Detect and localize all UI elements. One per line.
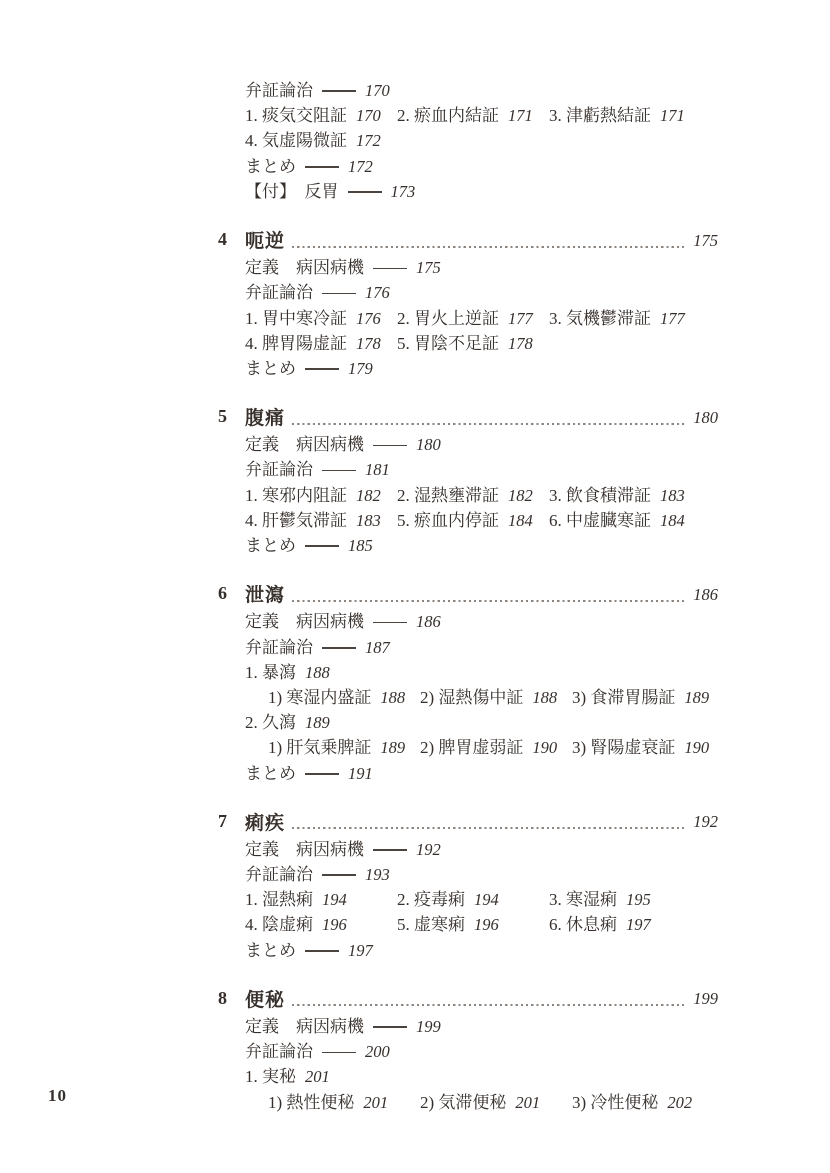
toc-row: 1. 胃中寒冷証1762. 胃火上逆証1773. 気機鬱滞証177 xyxy=(245,306,718,331)
toc-entry: 3. 寒湿痢195 xyxy=(549,887,701,912)
toc-entry: 1. 胃中寒冷証176 xyxy=(245,306,397,331)
dash-rule xyxy=(305,950,339,952)
toc-entry: 4. 陰虚痢196 xyxy=(245,912,397,937)
entry-label: 1. 湿熱痢 xyxy=(245,890,313,909)
section-page-number: 175 xyxy=(693,231,718,251)
toc-row: 弁証論治181 xyxy=(245,457,718,482)
row-label: 弁証論治 xyxy=(245,283,313,302)
row-label: 定義 病因病機 xyxy=(245,840,364,859)
row-page-number: 173 xyxy=(391,182,416,201)
entry-page-number: 195 xyxy=(626,890,651,909)
toc-entry: 5. 瘀血内停証184 xyxy=(397,508,549,533)
toc-row: 2. 久瀉189 xyxy=(245,710,718,735)
toc-row: まとめ191 xyxy=(245,761,718,786)
entry-label: 3) 食滞胃腸証 xyxy=(572,688,675,707)
toc-entry: 4. 脾胃陽虚証178 xyxy=(245,331,397,356)
toc-block: 8便秘199定義 病因病機199弁証論治2001. 実秘2011) 熱性便秘20… xyxy=(218,986,718,1115)
dash-rule xyxy=(373,268,407,270)
dash-rule xyxy=(322,90,356,92)
toc-row: まとめ179 xyxy=(245,356,718,381)
entry-label: 4. 脾胃陽虚証 xyxy=(245,334,347,353)
dash-rule xyxy=(305,545,339,547)
toc-row: 1. 寒邪内阻証1822. 湿熱壅滞証1823. 飲食積滞証183 xyxy=(245,483,718,508)
entry-label: 2. 久瀉 xyxy=(245,713,296,732)
entry-page-number: 178 xyxy=(508,334,533,353)
toc-row: 4. 脾胃陽虚証1785. 胃陰不足証178 xyxy=(245,331,718,356)
section-title: 呃逆 xyxy=(245,226,285,253)
entry-page-number: 184 xyxy=(508,511,533,530)
entry-page-number: 184 xyxy=(660,511,685,530)
row-page-number: 191 xyxy=(348,764,373,783)
toc-entry: 1. 実秘201 xyxy=(245,1064,397,1089)
toc-entry: 3) 腎陽虚衰証190 xyxy=(572,735,724,760)
toc-entry: 4. 肝鬱気滞証183 xyxy=(245,508,397,533)
section-number: 6 xyxy=(218,583,245,604)
row-label: まとめ xyxy=(245,764,296,783)
row-page-number: 199 xyxy=(416,1017,441,1036)
entry-page-number: 183 xyxy=(660,486,685,505)
entry-page-number: 201 xyxy=(363,1093,388,1112)
toc-row: まとめ197 xyxy=(245,938,718,963)
row-page-number: 192 xyxy=(416,840,441,859)
toc-row: 1. 痰気交阻証1702. 瘀血内結証1713. 津虧熱結証171 xyxy=(245,103,718,128)
entry-label: 3. 気機鬱滞証 xyxy=(549,309,651,328)
toc-entry: 1) 熱性便秘201 xyxy=(268,1090,420,1115)
toc-row: 定義 病因病機186 xyxy=(245,609,718,634)
dash-rule xyxy=(348,191,382,193)
row-label: 定義 病因病機 xyxy=(245,435,364,454)
toc-section-heading: 8便秘199 xyxy=(218,986,718,1011)
dash-rule xyxy=(322,874,356,876)
toc-entry: 2. 瘀血内結証171 xyxy=(397,103,549,128)
toc: 弁証論治1701. 痰気交阻証1702. 瘀血内結証1713. 津虧熱結証171… xyxy=(218,78,718,1115)
entry-page-number: 183 xyxy=(356,511,381,530)
entry-label: 6. 中虚臓寒証 xyxy=(549,511,651,530)
section-page-number: 199 xyxy=(693,989,718,1009)
entry-label: 1) 寒湿内盛証 xyxy=(268,688,371,707)
entry-label: 3) 冷性便秘 xyxy=(572,1093,658,1112)
entry-page-number: 194 xyxy=(322,890,347,909)
entry-label: 1) 肝気乗脾証 xyxy=(268,738,371,757)
toc-row: 定義 病因病機192 xyxy=(245,837,718,862)
dash-rule xyxy=(373,1026,407,1028)
toc-row: 4. 肝鬱気滞証1835. 瘀血内停証1846. 中虚臓寒証184 xyxy=(245,508,718,533)
entry-page-number: 189 xyxy=(305,713,330,732)
toc-entry: 1) 寒湿内盛証188 xyxy=(268,685,420,710)
entry-page-number: 190 xyxy=(532,738,557,757)
toc-row: 4. 気虚陽微証172 xyxy=(245,128,718,153)
entry-page-number: 202 xyxy=(667,1093,692,1112)
dash-rule xyxy=(322,647,356,649)
row-page-number: 181 xyxy=(365,460,390,479)
entry-page-number: 197 xyxy=(626,915,651,934)
toc-block: 5腹痛180定義 病因病機180弁証論治1811. 寒邪内阻証1822. 湿熱壅… xyxy=(218,404,718,558)
entry-label: 5. 虚寒痢 xyxy=(397,915,465,934)
entry-page-number: 189 xyxy=(684,688,709,707)
entry-page-number: 177 xyxy=(508,309,533,328)
entry-page-number: 196 xyxy=(474,915,499,934)
entry-label: 3. 寒湿痢 xyxy=(549,890,617,909)
entry-label: 6. 休息痢 xyxy=(549,915,617,934)
entry-label: 3. 津虧熱結証 xyxy=(549,106,651,125)
toc-row: 1) 寒湿内盛証1882) 湿熱傷中証1883) 食滞胃腸証189 xyxy=(268,685,718,710)
section-number: 8 xyxy=(218,988,245,1009)
entry-label: 5. 胃陰不足証 xyxy=(397,334,499,353)
dash-rule xyxy=(373,622,407,624)
section-title: 痢疾 xyxy=(245,808,285,835)
row-page-number: 172 xyxy=(348,157,373,176)
toc-row: 1) 肝気乗脾証1892) 脾胃虚弱証1903) 腎陽虚衰証190 xyxy=(268,735,718,760)
entry-label: 2) 気滞便秘 xyxy=(420,1093,506,1112)
toc-row: まとめ185 xyxy=(245,533,718,558)
entry-label: 4. 肝鬱気滞証 xyxy=(245,511,347,530)
entry-label: 1. 暴瀉 xyxy=(245,663,296,682)
dotted-leader xyxy=(292,423,686,425)
entry-page-number: 178 xyxy=(356,334,381,353)
entry-label: 2) 湿熱傷中証 xyxy=(420,688,523,707)
entry-label: 2. 湿熱壅滞証 xyxy=(397,486,499,505)
toc-entry: 1. 痰気交阻証170 xyxy=(245,103,397,128)
toc-block: 6泄瀉186定義 病因病機186弁証論治1871. 暴瀉1881) 寒湿内盛証1… xyxy=(218,581,718,786)
toc-row: 弁証論治187 xyxy=(245,635,718,660)
dash-rule xyxy=(373,849,407,851)
row-label: 【付】 反胃 xyxy=(245,182,339,201)
entry-label: 2) 脾胃虚弱証 xyxy=(420,738,523,757)
toc-block: 7痢疾192定義 病因病機192弁証論治1931. 湿熱痢1942. 疫毒痢19… xyxy=(218,809,718,963)
row-label: 弁証論治 xyxy=(245,865,313,884)
toc-row: 定義 病因病機175 xyxy=(245,255,718,280)
section-page-number: 186 xyxy=(693,585,718,605)
row-label: 定義 病因病機 xyxy=(245,1017,364,1036)
section-number: 7 xyxy=(218,811,245,832)
entry-page-number: 171 xyxy=(660,106,685,125)
row-page-number: 185 xyxy=(348,536,373,555)
row-page-number: 186 xyxy=(416,612,441,631)
toc-entry: 1) 肝気乗脾証189 xyxy=(268,735,420,760)
entry-label: 1. 胃中寒冷証 xyxy=(245,309,347,328)
entry-page-number: 196 xyxy=(322,915,347,934)
entry-page-number: 201 xyxy=(305,1067,330,1086)
toc-section-heading: 7痢疾192 xyxy=(218,809,718,834)
entry-label: 2. 瘀血内結証 xyxy=(397,106,499,125)
toc-entry: 4. 気虚陽微証172 xyxy=(245,128,397,153)
row-page-number: 180 xyxy=(416,435,441,454)
row-page-number: 187 xyxy=(365,638,390,657)
toc-entry: 3. 津虧熱結証171 xyxy=(549,103,701,128)
toc-entry: 6. 休息痢197 xyxy=(549,912,701,937)
entry-page-number: 182 xyxy=(356,486,381,505)
entry-page-number: 188 xyxy=(305,663,330,682)
toc-section-heading: 6泄瀉186 xyxy=(218,581,718,606)
entry-label: 1. 寒邪内阻証 xyxy=(245,486,347,505)
toc-row: 定義 病因病機199 xyxy=(245,1014,718,1039)
toc-entry: 2) 脾胃虚弱証190 xyxy=(420,735,572,760)
section-page-number: 180 xyxy=(693,408,718,428)
entry-page-number: 194 xyxy=(474,890,499,909)
row-label: 定義 病因病機 xyxy=(245,258,364,277)
toc-entry: 3) 食滞胃腸証189 xyxy=(572,685,724,710)
toc-section-heading: 5腹痛180 xyxy=(218,404,718,429)
entry-page-number: 188 xyxy=(532,688,557,707)
toc-entry: 3. 気機鬱滞証177 xyxy=(549,306,701,331)
row-page-number: 200 xyxy=(365,1042,390,1061)
row-page-number: 175 xyxy=(416,258,441,277)
dash-rule xyxy=(322,1052,356,1054)
toc-row: 弁証論治200 xyxy=(245,1039,718,1064)
book-page: 弁証論治1701. 痰気交阻証1702. 瘀血内結証1713. 津虧熱結証171… xyxy=(0,0,830,1173)
section-page-number: 192 xyxy=(693,812,718,832)
toc-row: 4. 陰虚痢1965. 虚寒痢1966. 休息痢197 xyxy=(245,912,718,937)
entry-page-number: 170 xyxy=(356,106,381,125)
dash-rule xyxy=(305,773,339,775)
entry-label: 2. 胃火上逆証 xyxy=(397,309,499,328)
dash-rule xyxy=(305,166,339,168)
entry-label: 5. 瘀血内停証 xyxy=(397,511,499,530)
entry-page-number: 182 xyxy=(508,486,533,505)
toc-entry: 3. 飲食積滞証183 xyxy=(549,483,701,508)
entry-page-number: 201 xyxy=(515,1093,540,1112)
entry-page-number: 176 xyxy=(356,309,381,328)
toc-row: 弁証論治193 xyxy=(245,862,718,887)
footer-page-number: 10 xyxy=(48,1086,67,1106)
dotted-leader xyxy=(292,246,686,248)
row-label: まとめ xyxy=(245,157,296,176)
entry-label: 4. 陰虚痢 xyxy=(245,915,313,934)
row-label: まとめ xyxy=(245,359,296,378)
row-page-number: 193 xyxy=(365,865,390,884)
row-label: まとめ xyxy=(245,941,296,960)
dash-rule xyxy=(322,470,356,472)
row-page-number: 197 xyxy=(348,941,373,960)
row-label: 弁証論治 xyxy=(245,81,313,100)
toc-entry: 2. 湿熱壅滞証182 xyxy=(397,483,549,508)
row-page-number: 179 xyxy=(348,359,373,378)
toc-entry: 1. 寒邪内阻証182 xyxy=(245,483,397,508)
entry-label: 3. 飲食積滞証 xyxy=(549,486,651,505)
entry-page-number: 171 xyxy=(508,106,533,125)
toc-entry: 1. 暴瀉188 xyxy=(245,660,397,685)
entry-page-number: 177 xyxy=(660,309,685,328)
toc-entry: 2. 胃火上逆証177 xyxy=(397,306,549,331)
section-number: 4 xyxy=(218,229,245,250)
dotted-leader xyxy=(292,600,686,602)
toc-section-heading: 4呃逆175 xyxy=(218,227,718,252)
entry-label: 1) 熱性便秘 xyxy=(268,1093,354,1112)
entry-label: 2. 疫毒痢 xyxy=(397,890,465,909)
section-title: 泄瀉 xyxy=(245,580,285,607)
toc-row: 弁証論治176 xyxy=(245,280,718,305)
toc-row: 【付】 反胃173 xyxy=(245,179,718,204)
toc-entry: 5. 胃陰不足証178 xyxy=(397,331,549,356)
toc-row: 1. 実秘201 xyxy=(245,1064,718,1089)
row-label: 弁証論治 xyxy=(245,460,313,479)
toc-entry: 2. 久瀉189 xyxy=(245,710,397,735)
toc-entry: 6. 中虚臓寒証184 xyxy=(549,508,701,533)
dotted-leader xyxy=(292,1004,686,1006)
row-page-number: 170 xyxy=(365,81,390,100)
toc-row: まとめ172 xyxy=(245,154,718,179)
entry-label: 1. 痰気交阻証 xyxy=(245,106,347,125)
row-page-number: 176 xyxy=(365,283,390,302)
toc-entry: 2) 気滞便秘201 xyxy=(420,1090,572,1115)
toc-block: 弁証論治1701. 痰気交阻証1702. 瘀血内結証1713. 津虧熱結証171… xyxy=(218,78,718,204)
dash-rule xyxy=(305,368,339,370)
dotted-leader xyxy=(292,827,686,829)
toc-row: 1. 湿熱痢1942. 疫毒痢1943. 寒湿痢195 xyxy=(245,887,718,912)
toc-entry: 3) 冷性便秘202 xyxy=(572,1090,724,1115)
section-title: 腹痛 xyxy=(245,403,285,430)
dash-rule xyxy=(373,445,407,447)
entry-page-number: 172 xyxy=(356,131,381,150)
toc-entry: 2. 疫毒痢194 xyxy=(397,887,549,912)
toc-row: 定義 病因病機180 xyxy=(245,432,718,457)
toc-row: 1. 暴瀉188 xyxy=(245,660,718,685)
row-label: 弁証論治 xyxy=(245,638,313,657)
section-number: 5 xyxy=(218,406,245,427)
row-label: 定義 病因病機 xyxy=(245,612,364,631)
entry-label: 3) 腎陽虚衰証 xyxy=(572,738,675,757)
entry-label: 4. 気虚陽微証 xyxy=(245,131,347,150)
toc-row: 弁証論治170 xyxy=(245,78,718,103)
entry-page-number: 190 xyxy=(684,738,709,757)
entry-page-number: 189 xyxy=(380,738,405,757)
row-label: まとめ xyxy=(245,536,296,555)
entry-label: 1. 実秘 xyxy=(245,1067,296,1086)
dash-rule xyxy=(322,293,356,295)
toc-block: 4呃逆175定義 病因病機175弁証論治1761. 胃中寒冷証1762. 胃火上… xyxy=(218,227,718,381)
section-title: 便秘 xyxy=(245,985,285,1012)
toc-entry: 5. 虚寒痢196 xyxy=(397,912,549,937)
toc-entry: 1. 湿熱痢194 xyxy=(245,887,397,912)
entry-page-number: 188 xyxy=(380,688,405,707)
row-label: 弁証論治 xyxy=(245,1042,313,1061)
toc-entry: 2) 湿熱傷中証188 xyxy=(420,685,572,710)
toc-row: 1) 熱性便秘2012) 気滞便秘2013) 冷性便秘202 xyxy=(268,1090,718,1115)
